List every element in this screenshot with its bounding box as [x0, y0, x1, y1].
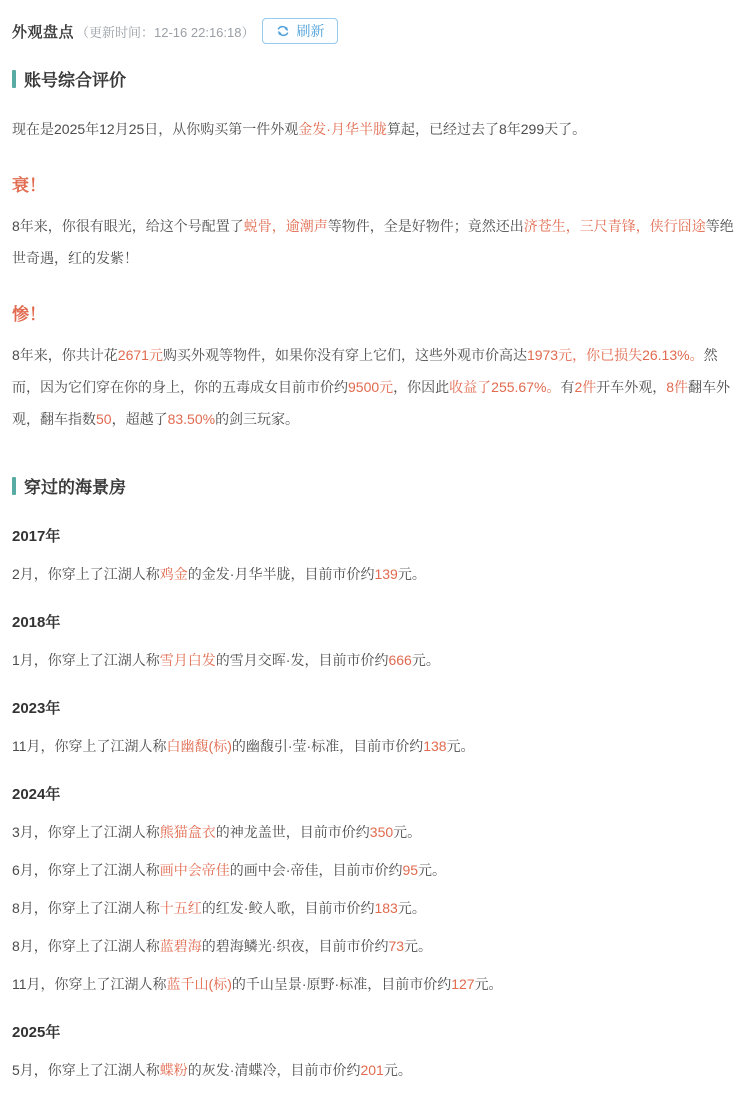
plain-text: 的幽馥引·莹·标准，目前市价约: [232, 738, 423, 754]
highlight-text: 127: [451, 976, 474, 992]
plain-text: 的剑三玩家。: [215, 411, 299, 427]
highlight-text: 蓝千山(标): [167, 976, 232, 992]
plain-text: 8年来，你很有眼光，给这个号配置了: [12, 218, 244, 234]
timeline-entry: 1月，你穿上了江湖人称雪月白发的雪月交晖·发，目前市价约666元。: [12, 650, 742, 670]
plain-text: 5月，你穿上了江湖人称: [12, 1062, 160, 1078]
timeline-entry: 6月，你穿上了江湖人称画中会帝佳的画中会·帝佳，目前市价约95元。: [12, 860, 742, 880]
highlight-text: 138: [423, 738, 446, 754]
plain-text: 现在是2025年12月25日，从你购买第一件外观: [12, 121, 298, 137]
section-title-bar: [12, 70, 16, 88]
plain-text: 8月，你穿上了江湖人称: [12, 938, 160, 954]
section-title-text: 账号综合评价: [24, 66, 126, 91]
timeline-entry: 11月，你穿上了江湖人称白幽馥(标)的幽馥引·莹·标准，目前市价约138元。: [12, 736, 742, 756]
timeline-year-group: 2024年3月，你穿上了江湖人称熊猫盒衣的神龙盖世，目前市价约350元。6月，你…: [12, 783, 742, 994]
timeline-entry: 11月，你穿上了江湖人称蓝千山(标)的千山呈景·原野·标准，目前市价约127元。: [12, 974, 742, 994]
appearance-report-page: 外观盘点 （更新时间：12-16 22:16:18） 刷新 账号综合评价 现在是…: [0, 0, 756, 1110]
highlight-text: 熊猫盒衣: [160, 824, 216, 840]
highlight-text: 50: [96, 411, 112, 427]
plain-text: 开车外观，: [596, 379, 666, 395]
highlight-text: 8件: [666, 379, 688, 395]
section-title-bar: [12, 477, 16, 495]
timeline-list: 2017年2月，你穿上了江湖人称鸡金的金发·月华半胧，目前市价约139元。201…: [12, 525, 742, 1080]
summary-luck-paragraph: 8年来，你很有眼光，给这个号配置了蜕骨，逾潮声等物件，全是好物件；竟然还出济苍生…: [12, 210, 742, 274]
subheading-shuai: 衰！: [12, 171, 742, 196]
timeline-year-group: 2025年5月，你穿上了江湖人称蝶粉的灰发·清蝶冷，目前市价约201元。: [12, 1021, 742, 1080]
highlight-text: 9500元: [348, 379, 393, 395]
highlight-text: 雪月白发: [160, 652, 216, 668]
year-heading: 2024年: [12, 783, 742, 804]
section-title-timeline: 穿过的海景房: [12, 473, 742, 498]
plain-text: 6月，你穿上了江湖人称: [12, 862, 160, 878]
plain-text: 算起，已经过去了8年299天了。: [387, 121, 586, 137]
refresh-button-label: 刷新: [296, 23, 324, 39]
timeline-entry: 5月，你穿上了江湖人称蝶粉的灰发·清蝶冷，目前市价约201元。: [12, 1060, 742, 1080]
section-title-text: 穿过的海景房: [24, 473, 126, 498]
highlight-text: 金发·月华半胧: [298, 121, 387, 137]
plain-text: 元。: [447, 738, 475, 754]
plain-text: ，超越了: [112, 411, 168, 427]
timeline-year-group: 2023年11月，你穿上了江湖人称白幽馥(标)的幽馥引·莹·标准，目前市价约13…: [12, 697, 742, 756]
section-title-account-summary: 账号综合评价: [12, 66, 742, 91]
highlight-text: 十五红: [160, 900, 202, 916]
refresh-icon: [276, 24, 290, 38]
plain-text: 等物件，全是好物件；竟然还出: [328, 218, 524, 234]
plain-text: 的千山呈景·原野·标准，目前市价约: [232, 976, 451, 992]
highlight-text: 2件: [574, 379, 596, 395]
plain-text: 的碧海鳞光·织夜，目前市价约: [202, 938, 389, 954]
plain-text: 1月，你穿上了江湖人称: [12, 652, 160, 668]
plain-text: 的灰发·清蝶冷，目前市价约: [188, 1062, 361, 1078]
highlight-text: 73: [388, 938, 404, 954]
refresh-button[interactable]: 刷新: [262, 18, 338, 44]
summary-cost-paragraph: 8年来，你共计花2671元购买外观等物件，如果你没有穿上它们，这些外观市价高达1…: [12, 339, 742, 435]
highlight-text: 1973元，你已损失26.13%。: [527, 347, 704, 363]
plain-text: 元。: [475, 976, 503, 992]
page-title: 外观盘点: [12, 21, 74, 42]
plain-text: 3月，你穿上了江湖人称: [12, 824, 160, 840]
plain-text: 8年来，你共计花: [12, 347, 118, 363]
highlight-text: 鸡金: [160, 566, 188, 582]
highlight-text: 183: [374, 900, 397, 916]
update-time: （更新时间：12-16 22:16:18）: [76, 22, 254, 41]
topbar: 外观盘点 （更新时间：12-16 22:16:18） 刷新: [12, 18, 742, 44]
plain-text: 的金发·月华半胧，目前市价约: [188, 566, 375, 582]
plain-text: 11月，你穿上了江湖人称: [12, 738, 167, 754]
highlight-text: 95: [402, 862, 418, 878]
subheading-can: 惨！: [12, 300, 742, 325]
plain-text: 元。: [398, 566, 426, 582]
plain-text: 元。: [418, 862, 446, 878]
plain-text: 元。: [404, 938, 432, 954]
plain-text: 的红发·鲛人歌，目前市价约: [202, 900, 375, 916]
plain-text: 元。: [384, 1062, 412, 1078]
section-account-summary: 账号综合评价 现在是2025年12月25日，从你购买第一件外观金发·月华半胧算起…: [12, 66, 742, 435]
timeline-entry: 3月，你穿上了江湖人称熊猫盒衣的神龙盖世，目前市价约350元。: [12, 822, 742, 842]
highlight-text: 蜕骨，逾潮声: [244, 218, 328, 234]
plain-text: 元。: [412, 652, 440, 668]
plain-text: 有: [560, 379, 574, 395]
highlight-text: 收益了255.67%。: [449, 379, 560, 395]
section-timeline: 穿过的海景房 2017年2月，你穿上了江湖人称鸡金的金发·月华半胧，目前市价约1…: [12, 473, 742, 1080]
plain-text: 2月，你穿上了江湖人称: [12, 566, 160, 582]
highlight-text: 666: [388, 652, 411, 668]
highlight-text: 蓝碧海: [160, 938, 202, 954]
highlight-text: 139: [374, 566, 397, 582]
plain-text: 的神龙盖世，目前市价约: [216, 824, 370, 840]
year-heading: 2018年: [12, 611, 742, 632]
highlight-text: 蝶粉: [160, 1062, 188, 1078]
plain-text: 的雪月交晖·发，目前市价约: [216, 652, 389, 668]
plain-text: 元。: [398, 900, 426, 916]
timeline-entry: 8月，你穿上了江湖人称蓝碧海的碧海鳞光·织夜，目前市价约73元。: [12, 936, 742, 956]
plain-text: 的画中会·帝佳，目前市价约: [230, 862, 403, 878]
plain-text: ，你因此: [393, 379, 449, 395]
highlight-text: 2671元: [118, 347, 163, 363]
year-heading: 2017年: [12, 525, 742, 546]
highlight-text: 济苍生，三尺青锋，侠行囧途: [524, 218, 706, 234]
highlight-text: 画中会帝佳: [160, 862, 230, 878]
timeline-entry: 2月，你穿上了江湖人称鸡金的金发·月华半胧，目前市价约139元。: [12, 564, 742, 584]
highlight-text: 201: [360, 1062, 383, 1078]
plain-text: 元。: [393, 824, 421, 840]
plain-text: 购买外观等物件，如果你没有穿上它们，这些外观市价高达: [163, 347, 527, 363]
highlight-text: 350: [370, 824, 393, 840]
summary-intro-paragraph: 现在是2025年12月25日，从你购买第一件外观金发·月华半胧算起，已经过去了8…: [12, 113, 742, 145]
timeline-entry: 8月，你穿上了江湖人称十五红的红发·鲛人歌，目前市价约183元。: [12, 898, 742, 918]
timeline-year-group: 2017年2月，你穿上了江湖人称鸡金的金发·月华半胧，目前市价约139元。: [12, 525, 742, 584]
highlight-text: 白幽馥(标): [167, 738, 232, 754]
plain-text: 8月，你穿上了江湖人称: [12, 900, 160, 916]
plain-text: 11月，你穿上了江湖人称: [12, 976, 167, 992]
year-heading: 2025年: [12, 1021, 742, 1042]
timeline-year-group: 2018年1月，你穿上了江湖人称雪月白发的雪月交晖·发，目前市价约666元。: [12, 611, 742, 670]
highlight-text: 83.50%: [168, 411, 215, 427]
year-heading: 2023年: [12, 697, 742, 718]
